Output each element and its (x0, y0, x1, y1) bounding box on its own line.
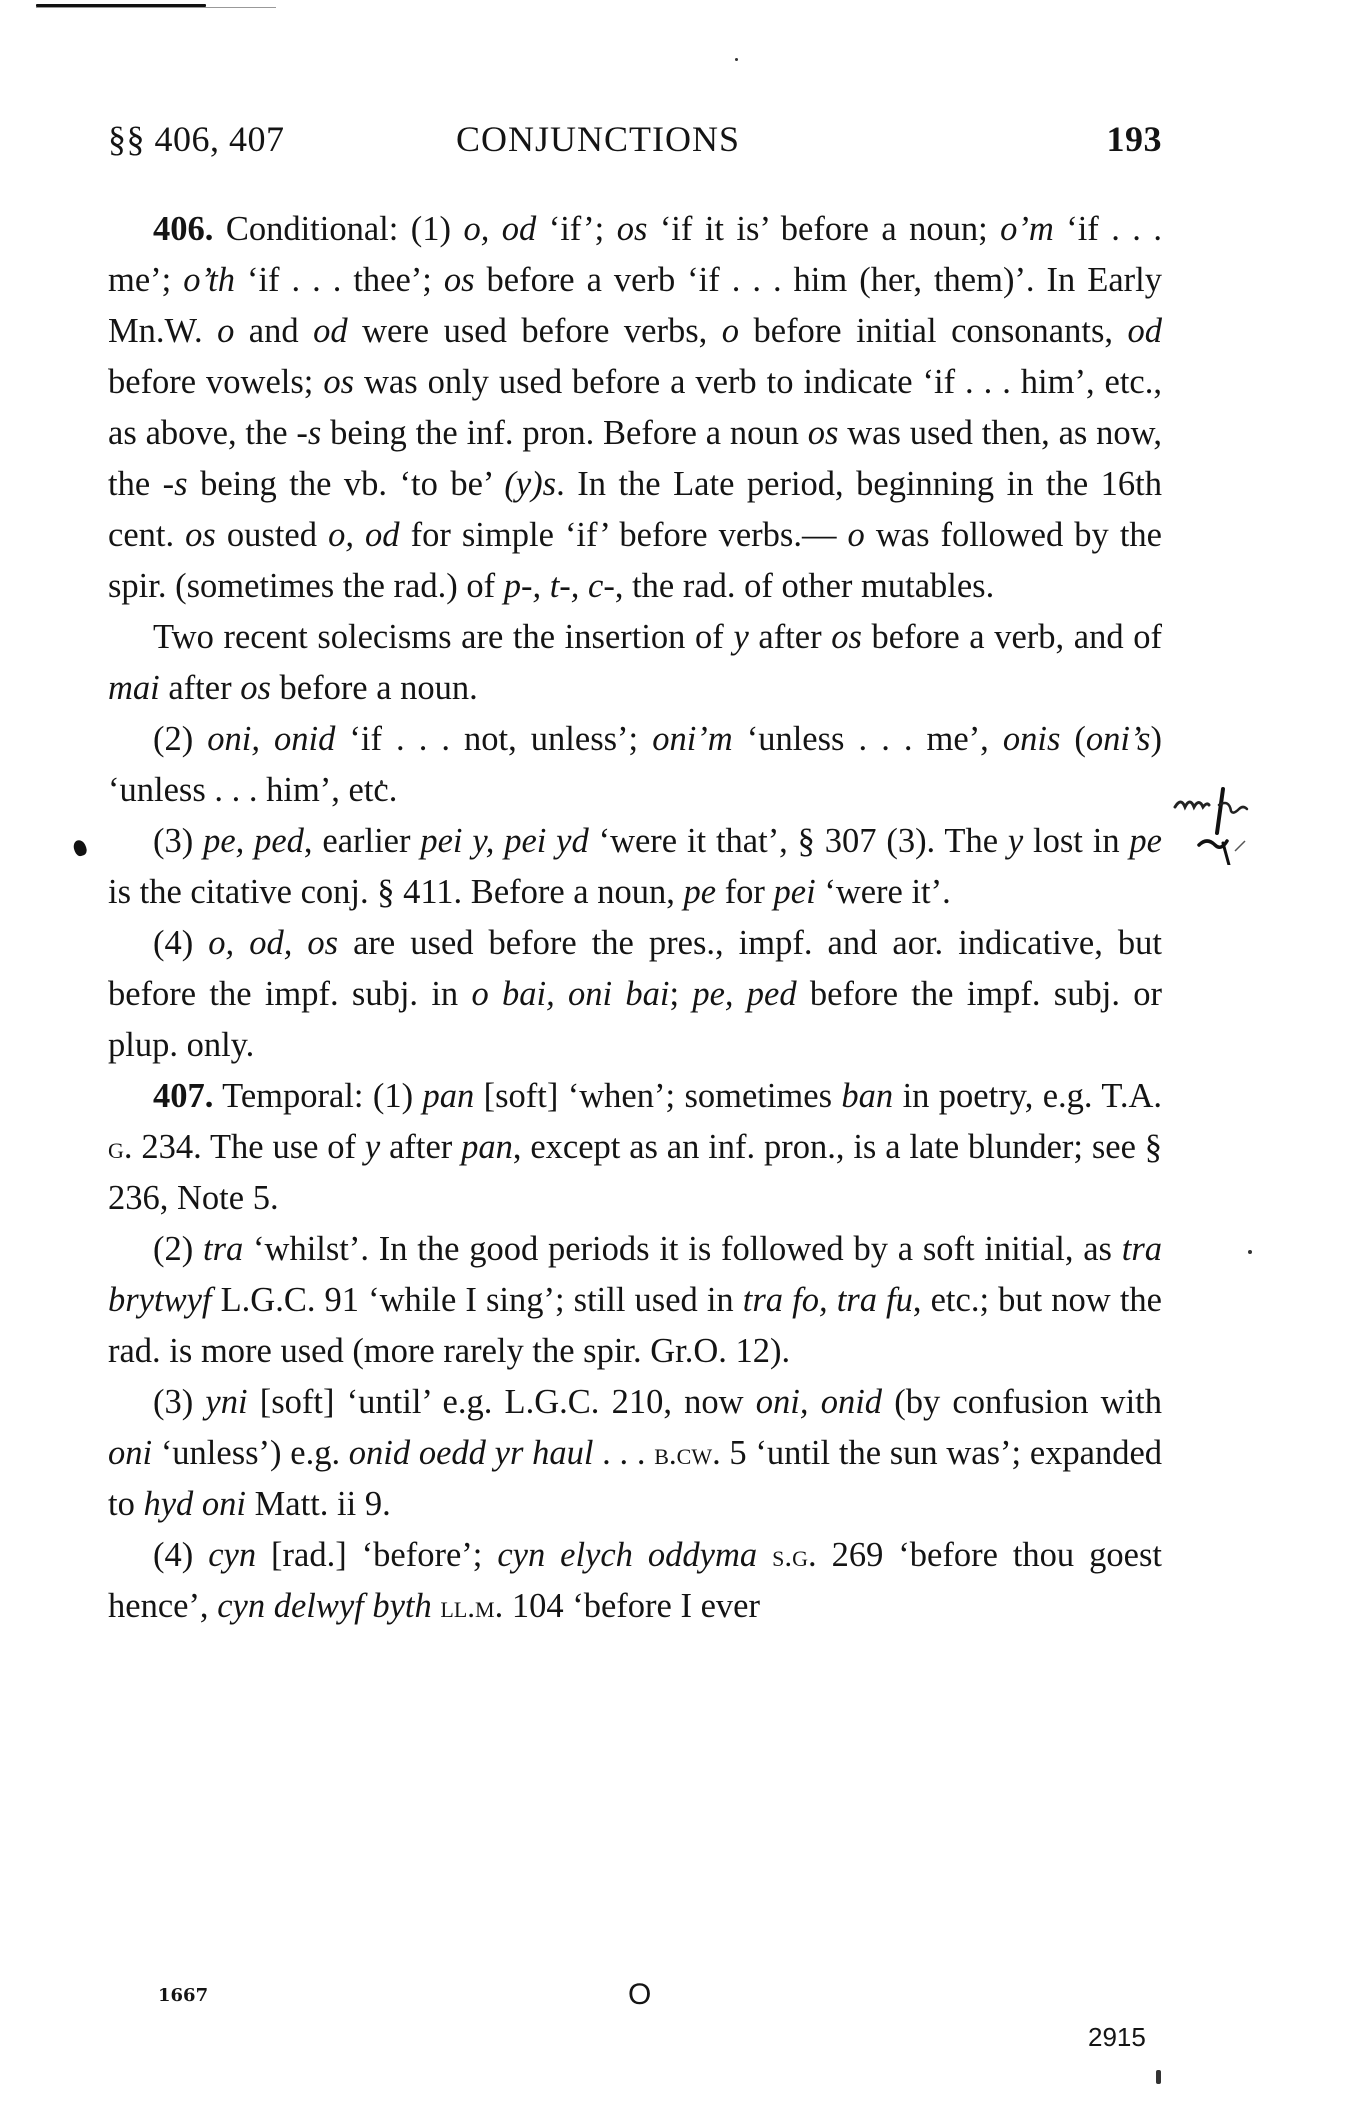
page-body: 406. Conditional: (1) o, od ‘if’; os ‘if… (108, 204, 1162, 1632)
paragraph-407-item-2: (2) tra ‘whilst’. In the good periods it… (108, 1224, 1162, 1377)
paragraph-406-solecisms-note: Two recent solecisms are the insertion o… (108, 612, 1162, 714)
text-run: ; (669, 975, 692, 1013)
welsh-term: pe (1129, 822, 1162, 860)
paragraph-407-item-3: (3) yni [soft] ‘until’ e.g. L.G.C. 210, … (108, 1377, 1162, 1530)
text-run: L.G.C. 91 ‘while I sing’; still used in (211, 1281, 742, 1319)
text-run: before initial consonants, (739, 312, 1127, 350)
text-run: ‘if . . . thee’; (235, 261, 444, 299)
text-run: for simple ‘if’ before verbs.— (400, 516, 848, 554)
text-run (757, 1536, 772, 1574)
running-header: §§ 406, 407 CONJUNCTIONS 193 (108, 118, 1162, 168)
text-run: , earlier (304, 822, 420, 860)
paragraph-406-item-3: (3) pe, ped, earlier pei y, pei yd ‘were… (108, 816, 1162, 918)
paragraph-407-temporal: 407. Temporal: (1) pan [soft] ‘when’; so… (108, 1071, 1162, 1224)
welsh-term: onid oedd yr haul (349, 1434, 594, 1472)
text-run: [rad.] ‘before’; (256, 1536, 497, 1574)
text-run: ‘whilst’. In the good periods it is foll… (243, 1230, 1121, 1268)
text-run: before a noun. (271, 669, 478, 707)
text-run: (4) (153, 924, 208, 962)
text-run: (3) (153, 822, 203, 860)
text-run: ‘unless’) e.g. (152, 1434, 349, 1472)
welsh-term: o, od, os (208, 924, 338, 962)
welsh-term: pan (422, 1077, 474, 1115)
text-run: after (160, 669, 240, 707)
welsh-term: pan (461, 1128, 513, 1166)
text-run: after (749, 618, 831, 656)
scan-speck (735, 58, 738, 61)
welsh-term: -s (163, 465, 188, 503)
welsh-term: cyn delwyf byth (217, 1587, 432, 1625)
ink-blot-mark (72, 838, 89, 857)
welsh-term: -s (296, 414, 321, 452)
text-run: (by confusion with (882, 1383, 1162, 1421)
welsh-term: os (185, 516, 216, 554)
text-run: after (380, 1128, 461, 1166)
text-run: [soft] ‘when’; sometimes (474, 1077, 841, 1115)
text-run: (2) (153, 720, 207, 758)
source-abbreviation: ll.m (440, 1589, 494, 1624)
welsh-term: pe (683, 873, 716, 911)
text-run: Temporal: (1) (213, 1077, 422, 1115)
welsh-term: (y)s (504, 465, 556, 503)
welsh-term: cyn (208, 1536, 256, 1574)
text-run: lost in (1023, 822, 1129, 860)
welsh-term: os (808, 414, 839, 452)
section-number: 407. (153, 1077, 213, 1115)
section-reference: §§ 406, 407 (108, 118, 285, 160)
welsh-term: o’th (183, 261, 235, 299)
welsh-term: od (313, 312, 348, 350)
welsh-term: o bai, oni bai (471, 975, 669, 1013)
text-run: in poetry, e.g. T.A. (893, 1077, 1162, 1115)
text-run: Two recent solecisms are the insertion o… (153, 618, 733, 656)
welsh-term: o’m (1000, 210, 1054, 248)
welsh-term: o, od (328, 516, 399, 554)
scan-speck (1156, 2070, 1161, 2084)
welsh-term: os (240, 669, 271, 707)
paragraph-407-item-4: (4) cyn [rad.] ‘before’; cyn elych oddym… (108, 1530, 1162, 1632)
scan-speck (380, 780, 383, 785)
gathering-letter: O (628, 1978, 651, 2012)
text-run: and (234, 312, 313, 350)
text-run: (3) (153, 1383, 205, 1421)
welsh-term: pe, ped (203, 822, 304, 860)
welsh-term: oni (108, 1434, 152, 1472)
printer-signature-mark: 1667 (158, 1985, 208, 2006)
welsh-term: o (217, 312, 234, 350)
welsh-term: os (831, 618, 862, 656)
welsh-term: o, od (463, 210, 536, 248)
text-run: ‘were it that’, § 307 (3). The (589, 822, 1008, 860)
handwritten-marginalia-icon (1165, 785, 1315, 865)
text-run: (4) (153, 1536, 208, 1574)
welsh-term: oni’s (1086, 720, 1151, 758)
library-stamp-number: 2915 (1088, 2022, 1146, 2053)
text-run: ‘if it is’ before a noun; (647, 210, 1000, 248)
text-run: ‘if . . . not, unless’; (335, 720, 652, 758)
welsh-term: od (1128, 312, 1163, 350)
welsh-term: tra fo, tra fu (743, 1281, 913, 1319)
source-abbreviation: s.g (772, 1538, 808, 1573)
welsh-term: pei y, pei yd (420, 822, 588, 860)
text-run: ‘were it’. (816, 873, 951, 911)
text-run: being the vb. ‘to be’ (188, 465, 505, 503)
paragraph-406-item-4: (4) o, od, os are used before the pres.,… (108, 918, 1162, 1071)
welsh-term: oni, onid (756, 1383, 882, 1421)
scan-edge-rule-faint (36, 7, 276, 8)
text-run: ‘if’; (536, 210, 616, 248)
welsh-term: tra (203, 1230, 243, 1268)
welsh-term: pei (774, 873, 816, 911)
welsh-term: onis (1003, 720, 1061, 758)
welsh-term: o (848, 516, 865, 554)
paragraph-406-item-2: (2) oni, onid ‘if . . . not, unless’; on… (108, 714, 1162, 816)
welsh-term: cyn elych oddyma (497, 1536, 757, 1574)
text-run: is the citative conj. § 411. Before a no… (108, 873, 683, 911)
text-run: . 104 ‘before I ever (495, 1587, 760, 1625)
welsh-term: y (365, 1128, 380, 1166)
welsh-term: os (617, 210, 648, 248)
text-run: ‘unless . . . me’, (733, 720, 1003, 758)
text-run: for (716, 873, 773, 911)
text-run: (2) (153, 1230, 203, 1268)
text-run: before a verb, and of (862, 618, 1162, 656)
welsh-term: mai (108, 669, 160, 707)
welsh-term: os (444, 261, 475, 299)
text-run: ( (1060, 720, 1086, 758)
welsh-term: o (722, 312, 739, 350)
text-run: , the rad. of other mutables. (615, 567, 994, 605)
text-run: . 234. The use of (124, 1128, 365, 1166)
welsh-term: y (1008, 822, 1023, 860)
paragraph-406-conditional: 406. Conditional: (1) o, od ‘if’; os ‘if… (108, 204, 1162, 612)
section-number: 406. (153, 210, 213, 248)
source-abbreviation: b.cw (654, 1436, 712, 1471)
text-run: being the inf. pron. Before a noun (321, 414, 807, 452)
welsh-term: oni, onid (207, 720, 335, 758)
text-run: . . . (593, 1434, 654, 1472)
welsh-term: y (733, 618, 748, 656)
text-run: were used before verbs, (348, 312, 722, 350)
welsh-term: ban (841, 1077, 893, 1115)
text-run: Matt. ii 9. (246, 1485, 391, 1523)
page-number: 193 (1107, 118, 1163, 160)
welsh-term: yni (205, 1383, 247, 1421)
text-run: [soft] ‘until’ e.g. L.G.C. 210, now (248, 1383, 756, 1421)
welsh-term: hyd oni (143, 1485, 246, 1523)
source-abbreviation: g (108, 1130, 124, 1165)
welsh-term: p-, t-, c- (504, 567, 615, 605)
welsh-term: oni’m (652, 720, 733, 758)
welsh-term: os (323, 363, 354, 401)
text-run: before vowels; (108, 363, 323, 401)
welsh-term: pe, ped (692, 975, 796, 1013)
text-run: Conditional: (1) (213, 210, 463, 248)
text-run: ousted (216, 516, 328, 554)
running-title: CONJUNCTIONS (456, 118, 740, 160)
scan-speck (1248, 1250, 1252, 1254)
